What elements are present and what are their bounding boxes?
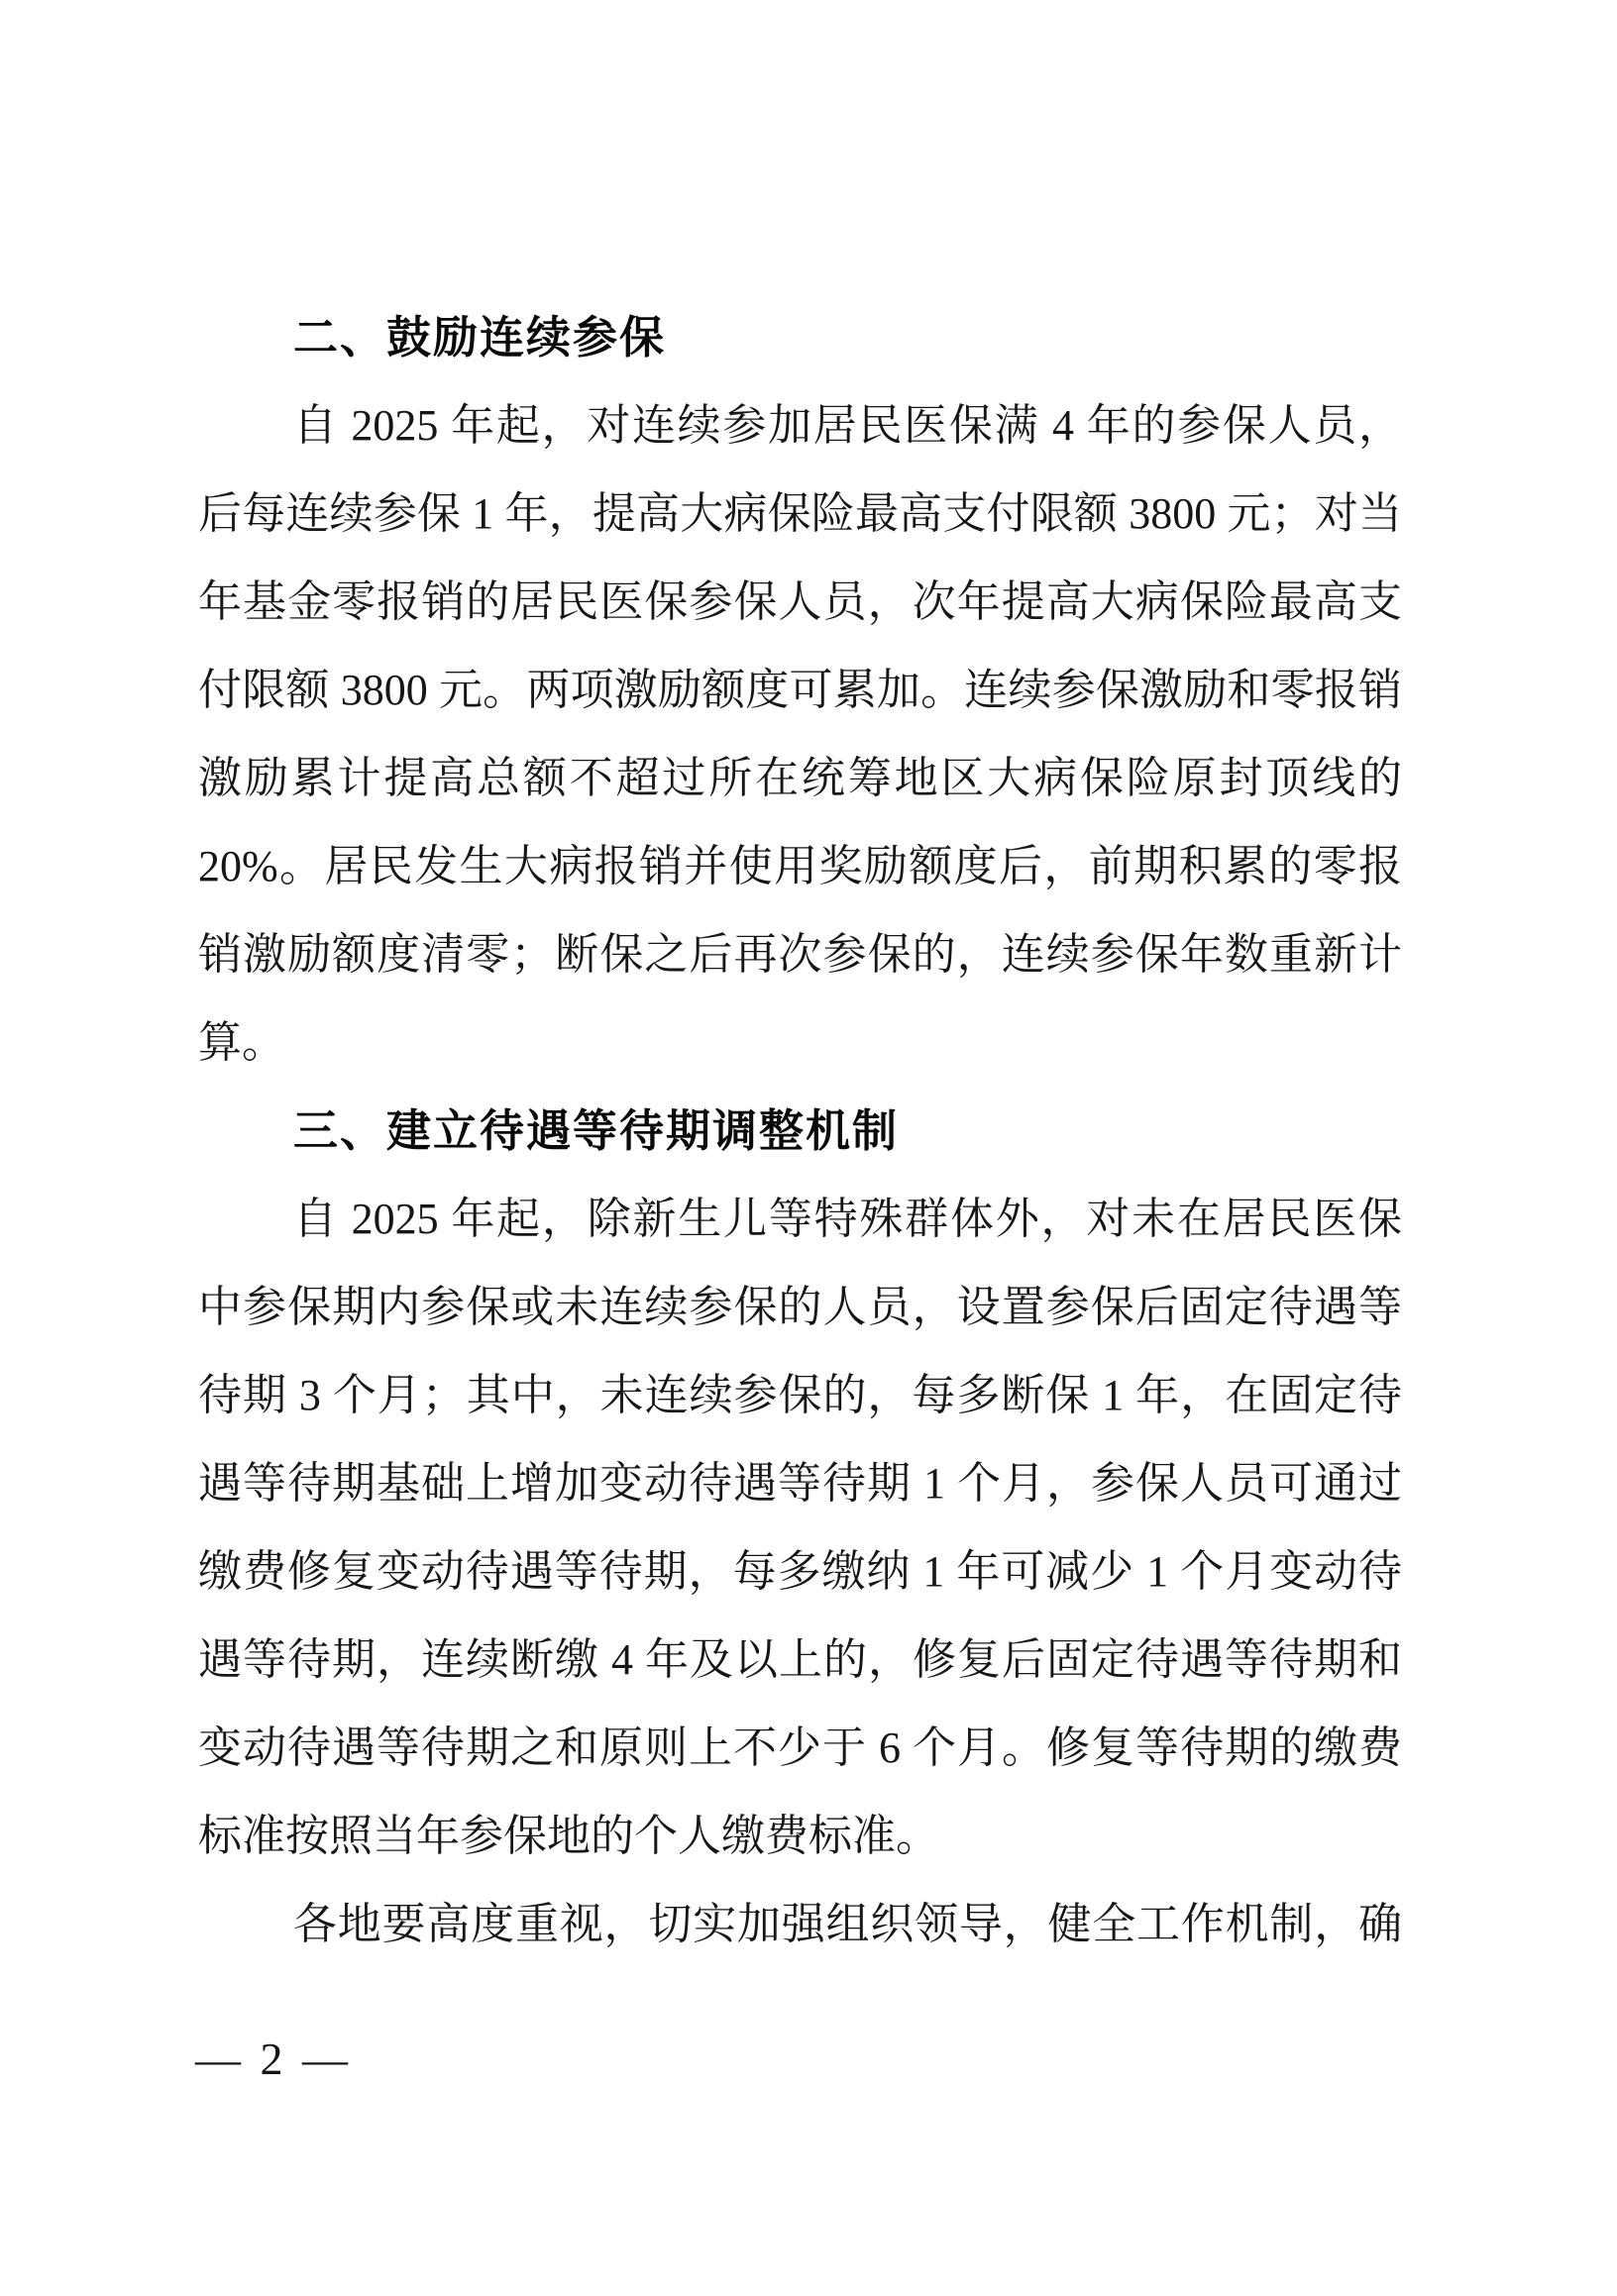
closing-paragraph-line: 各地要高度重视，切实加强组织领导，健全工作机制，确 (198, 1880, 1402, 1968)
text-line: 标准按照当年参保地的个人缴费标准。 (198, 1792, 1402, 1880)
text-line: 20%。居民发生大病报销并使用奖励额度后，前期积累的零报 (198, 822, 1402, 910)
text-line: 销激励额度清零；断保之后再次参保的，连续参保年数重新计 (198, 910, 1402, 998)
text-line: 遇等待期，连续断缴 4 年及以上的，修复后固定待遇等待期和 (198, 1616, 1402, 1704)
text-line: 付限额 3800 元。两项激励额度可累加。连续参保激励和零报销 (198, 646, 1402, 734)
text-line: 算。 (198, 998, 1402, 1087)
section-3-heading: 三、建立待遇等待期调整机制 (198, 1087, 1402, 1175)
text-line: 待期 3 个月；其中，未连续参保的，每多断保 1 年，在固定待 (198, 1351, 1402, 1439)
text-line: 自 2025 年起，除新生儿等特殊群体外，对未在居民医保集 (198, 1175, 1402, 1263)
document-page: 二、鼓励连续参保 自 2025 年起，对连续参加居民医保满 4 年的参保人员，之… (0, 0, 1617, 2296)
document-body: 二、鼓励连续参保 自 2025 年起，对连续参加居民医保满 4 年的参保人员，之… (198, 293, 1402, 1968)
text-line: 变动待遇等待期之和原则上不少于 6 个月。修复等待期的缴费 (198, 1704, 1402, 1792)
text-line: 自 2025 年起，对连续参加居民医保满 4 年的参保人员，之 (198, 381, 1402, 470)
text-line: 年基金零报销的居民医保参保人员，次年提高大病保险最高支 (198, 558, 1402, 646)
text-line: 后每连续参保 1 年，提高大病保险最高支付限额 3800 元；对当 (198, 470, 1402, 558)
text-line: 遇等待期基础上增加变动待遇等待期 1 个月，参保人员可通过 (198, 1439, 1402, 1527)
text-line: 缴费修复变动待遇等待期，每多缴纳 1 年可减少 1 个月变动待 (198, 1527, 1402, 1616)
text-line: 中参保期内参保或未连续参保的人员，设置参保后固定待遇等 (198, 1263, 1402, 1351)
page-number: — 2 — (195, 2036, 352, 2082)
section-2-heading: 二、鼓励连续参保 (198, 293, 1402, 381)
text-line: 激励累计提高总额不超过所在统筹地区大病保险原封顶线的 (198, 734, 1402, 822)
